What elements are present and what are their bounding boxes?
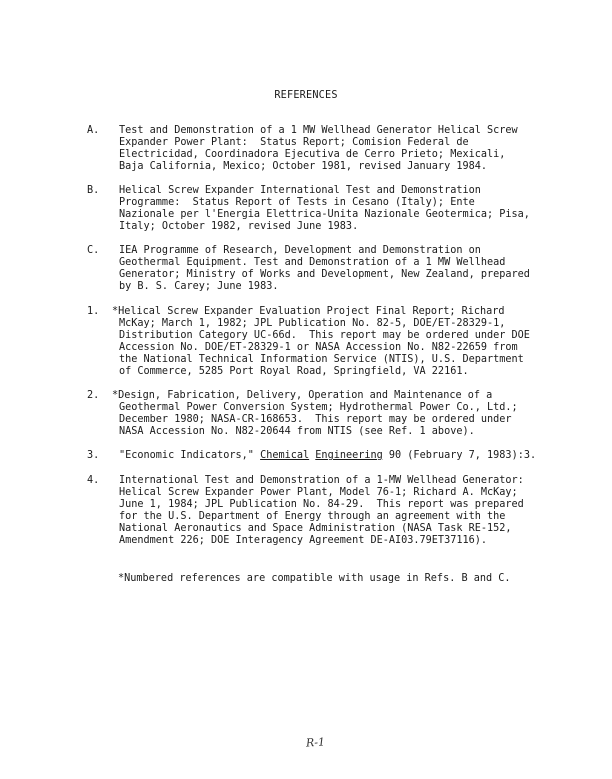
reference-text: IEA Programme of Research, Development a… (119, 245, 579, 293)
reference-line: McKay; March 1, 1982; JPL Publication No… (119, 318, 579, 330)
reference-label: C. (87, 245, 117, 257)
reference-label: A. (87, 125, 117, 137)
reference-text: *Design, Fabrication, Delivery, Operatio… (119, 390, 579, 438)
reference-line: International Test and Demonstration of … (119, 475, 579, 487)
article-title: "Economic Indicators," (119, 450, 260, 461)
reference-line: the National Technical Information Servi… (119, 354, 579, 366)
citation-details: 90 (February 7, 1983):3. (383, 450, 536, 461)
reference-line: *Design, Fabrication, Delivery, Operatio… (112, 390, 579, 402)
reference-line: of Commerce, 5285 Port Royal Road, Sprin… (119, 366, 579, 378)
reference-line: Accession No. DOE/ET-28329-1 or NASA Acc… (119, 342, 579, 354)
reference-line: "Economic Indicators," Chemical Engineer… (119, 450, 579, 462)
reference-line: Baja California, Mexico; October 1981, r… (119, 161, 579, 173)
reference-line: by B. S. Carey; June 1983. (119, 281, 579, 293)
reference-text: "Economic Indicators," Chemical Engineer… (119, 450, 579, 462)
reference-label: B. (87, 185, 117, 197)
reference-line: Programme: Status Report of Tests in Ces… (119, 197, 579, 209)
reference-line: Test and Demonstration of a 1 MW Wellhea… (119, 125, 579, 137)
journal-name-part: Engineering (315, 450, 382, 461)
reference-text: International Test and Demonstration of … (119, 475, 579, 547)
reference-line: Expander Power Plant: Status Report; Com… (119, 137, 579, 149)
reference-line: Amendment 226; DOE Interagency Agreement… (119, 535, 579, 547)
reference-line: NASA Accession No. N82-20644 from NTIS (… (119, 426, 579, 438)
reference-line: June 1, 1984; JPL Publication No. 84-29.… (119, 499, 579, 511)
reference-line: Geothermal Power Conversion System; Hydr… (119, 402, 579, 414)
journal-name-part: Chemical (260, 450, 309, 461)
reference-text: Helical Screw Expander International Tes… (119, 185, 579, 233)
reference-line: December 1980; NASA-CR-168653. This repo… (119, 414, 579, 426)
reference-text: *Helical Screw Expander Evaluation Proje… (119, 306, 579, 378)
reference-line: National Aeronautics and Space Administr… (119, 523, 579, 535)
reference-text: Test and Demonstration of a 1 MW Wellhea… (119, 125, 579, 173)
reference-line: IEA Programme of Research, Development a… (119, 245, 579, 257)
footnote: *Numbered references are compatible with… (118, 573, 511, 585)
reference-line: Generator; Ministry of Works and Develop… (119, 269, 579, 281)
document-page: REFERENCES A. Test and Demonstration of … (0, 0, 612, 779)
reference-label: 4. (87, 475, 117, 487)
reference-line: Italy; October 1982, revised June 1983. (119, 221, 579, 233)
reference-line: for the U.S. Department of Energy throug… (119, 511, 579, 523)
page-number: R-1 (306, 736, 326, 749)
reference-line: Helical Screw Expander International Tes… (119, 185, 579, 197)
reference-line: Helical Screw Expander Power Plant, Mode… (119, 487, 579, 499)
reference-line: Distribution Category UC-66d. This repor… (119, 330, 579, 342)
reference-line: *Helical Screw Expander Evaluation Proje… (112, 306, 579, 318)
reference-line: Geothermal Equipment. Test and Demonstra… (119, 257, 579, 269)
reference-line: Electricidad, Coordinadora Ejecutiva de … (119, 149, 579, 161)
reference-label: 3. (87, 450, 117, 462)
page-title: REFERENCES (0, 90, 612, 102)
reference-line: Nazionale per l'Energia Elettrica-Unita … (119, 209, 579, 221)
